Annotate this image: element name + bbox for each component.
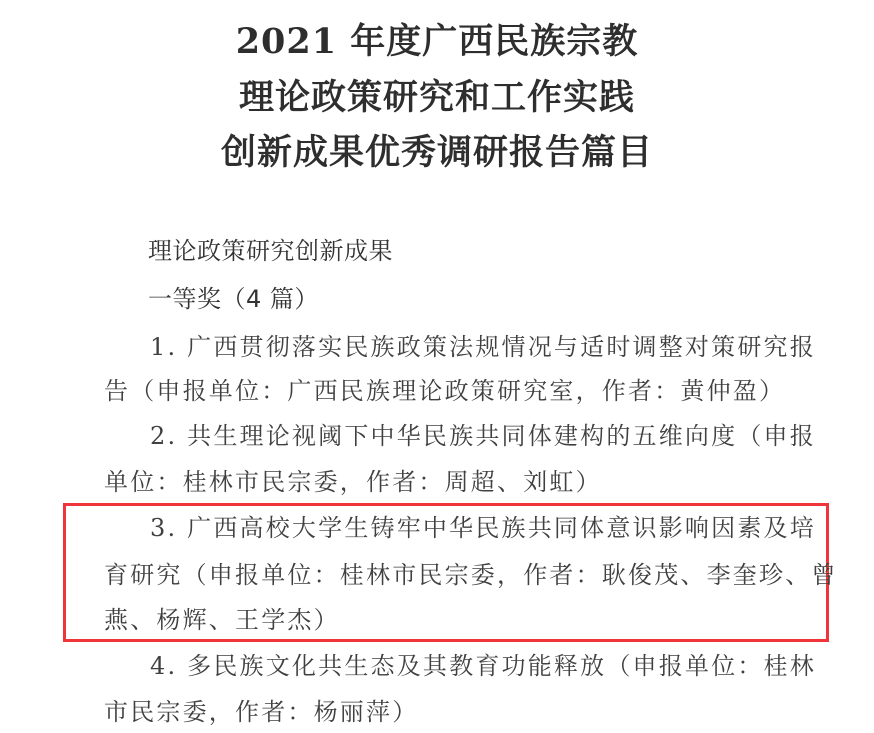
- award-heading: 一等奖（4 篇）: [148, 284, 319, 314]
- section-heading: 理论政策研究创新成果: [148, 236, 393, 266]
- entry-4-line-1: 4. 多民族文化共生态及其教育功能释放（申报单位：桂林: [150, 651, 816, 681]
- title-line-2: 理论政策研究和工作实践: [0, 78, 874, 118]
- entry-1-line-2: 告（申报单位：广西民族理论政策研究室，作者：黄仲盈）: [104, 376, 785, 406]
- title-line-1: 2021 年度广西民族宗教: [0, 22, 874, 62]
- entry-4-line-2: 市民宗委，作者：杨丽萍）: [104, 697, 418, 727]
- entry-2-line-1: 2. 共生理论视阈下中华民族共同体建构的五维向度（申报: [150, 421, 816, 451]
- entry-3-line-2: 育研究（申报单位：桂林市民宗委，作者：耿俊茂、李奎珍、曾: [104, 560, 838, 590]
- title-line-3: 创新成果优秀调研报告篇目: [0, 133, 874, 173]
- entry-3-line-1: 3. 广西高校大学生铸牢中华民族共同体意识影响因素及培: [150, 513, 816, 543]
- entry-3-line-3: 燕、杨辉、王学杰）: [104, 605, 340, 635]
- entry-2-line-2: 单位：桂林市民宗委，作者：周超、刘虹）: [104, 467, 602, 497]
- entry-1-line-1: 1. 广西贯彻落实民族政策法规情况与适时调整对策研究报: [150, 332, 816, 362]
